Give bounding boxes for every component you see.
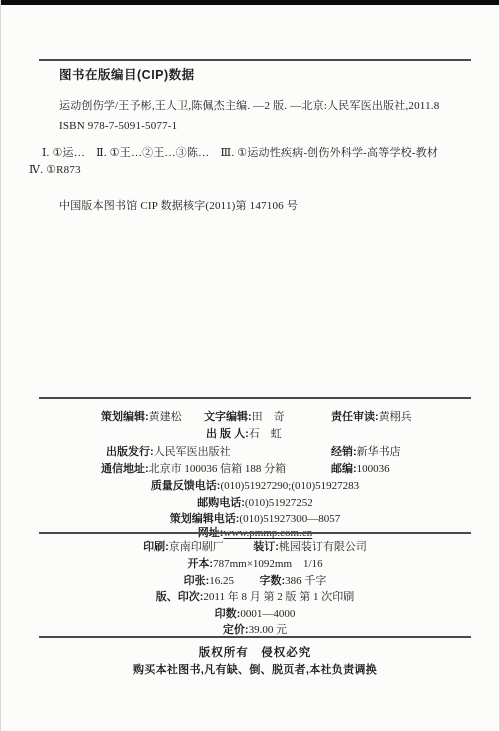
feedback-phone-value: (010)51927290;(010)51927283 xyxy=(220,480,359,492)
format: 开本:787mm×1092mm 1/16 xyxy=(39,558,471,571)
distributor-value: 新华书店 xyxy=(357,446,401,458)
edition-value: 2011 年 8 月 第 2 版 第 1 次印刷 xyxy=(203,591,354,603)
divider-top xyxy=(39,59,471,61)
postcode-label: 邮编: xyxy=(331,463,357,475)
word-count: 字数:386 千字 xyxy=(260,575,327,587)
divider-staff xyxy=(39,397,471,399)
duty-reviewer-value: 黄栩兵 xyxy=(379,411,412,423)
cip-isbn: ISBN 978-7-5091-5077-1 xyxy=(59,120,177,133)
word-count-label: 字数: xyxy=(260,575,286,587)
publisher-label: 出版发行: xyxy=(106,446,154,458)
print-run-label: 印数: xyxy=(215,608,241,620)
cip-class-line2: Ⅳ. ①R873 xyxy=(29,164,81,177)
plan-editor-phone-value: (010)51927300—8057 xyxy=(239,513,340,525)
address: 通信地址:北京市 100036 信箱 188 分箱 xyxy=(101,463,286,476)
text-editor: 文字编辑:田 奇 xyxy=(204,411,285,424)
duty-reviewer: 责任审读:黄栩兵 xyxy=(331,411,412,424)
postcode-value: 100036 xyxy=(357,463,390,475)
copyright-notice: 版权所有 侵权必究 xyxy=(39,647,471,660)
publisher-person-value: 石 虹 xyxy=(249,428,282,440)
mail-order-phone: 邮购电话:(010)51927252 xyxy=(39,497,471,510)
printer-value: 京南印刷厂 xyxy=(169,541,224,553)
plan-editor-phone: 策划编辑电话:(010)51927300—8057 xyxy=(39,513,471,526)
feedback-phone-label: 质量反馈电话: xyxy=(151,480,221,492)
edition-label: 版、印次: xyxy=(156,591,204,603)
binder-label: 装订: xyxy=(253,541,279,553)
publisher: 出版发行:人民军医出版社 xyxy=(106,446,231,459)
duty-reviewer-label: 责任审读: xyxy=(331,411,379,423)
plan-editor-phone-label: 策划编辑电话: xyxy=(170,513,240,525)
cip-class-line1: Ⅰ. ①运… Ⅱ. ①王…②王…③陈… Ⅲ. ①运动性疾病-创伤外科学-高等学校… xyxy=(42,147,438,160)
publisher-person: 出 版 人:石 虹 xyxy=(206,428,282,441)
address-label: 通信地址: xyxy=(101,463,149,475)
print-row-sheets-words: 印张:16.25 字数:386 千字 xyxy=(39,575,471,588)
price-label: 定价: xyxy=(223,624,249,636)
format-label: 开本: xyxy=(187,558,213,570)
binder: 装订:桃园装订有限公司 xyxy=(253,541,367,553)
cip-entry: 运动创伤学/王予彬,王人卫,陈佩杰主编. —2 版. —北京:人民军医出版社,2… xyxy=(59,100,439,113)
edition-impression: 版、印次:2011 年 8 月 第 2 版 第 1 次印刷 xyxy=(39,591,471,604)
publisher-person-label: 出 版 人: xyxy=(206,428,249,440)
exchange-notice: 购买本社图书,凡有缺、倒、脱页者,本社负责调换 xyxy=(39,664,471,677)
mail-order-phone-label: 邮购电话: xyxy=(197,497,245,509)
feedback-phone: 质量反馈电话:(010)51927290;(010)51927283 xyxy=(39,480,471,493)
plan-editor: 策划编辑:黄建松 xyxy=(101,411,182,424)
format-value: 787mm×1092mm 1/16 xyxy=(213,558,322,570)
divider-footer xyxy=(39,636,471,638)
distributor: 经销:新华书店 xyxy=(331,446,401,459)
distributor-label: 经销: xyxy=(331,446,357,458)
plan-editor-label: 策划编辑: xyxy=(101,411,149,423)
printer: 印刷:京南印刷厂 xyxy=(143,541,224,553)
binder-value: 桃园装订有限公司 xyxy=(279,541,367,553)
print-run-value: 0001—4000 xyxy=(240,608,295,620)
mail-order-phone-value: (010)51927252 xyxy=(245,497,313,509)
copyright-page: 图书在版编目(CIP)数据 运动创伤学/王予彬,王人卫,陈佩杰主编. —2 版.… xyxy=(0,0,500,731)
sheets: 印张:16.25 xyxy=(184,575,234,587)
publisher-value: 人民军医出版社 xyxy=(154,446,231,458)
cip-header: 图书在版编目(CIP)数据 xyxy=(59,69,195,82)
address-value: 北京市 100036 信箱 188 分箱 xyxy=(149,463,287,475)
printer-label: 印刷: xyxy=(143,541,169,553)
cip-record: 中国版本图书馆 CIP 数据核字(2011)第 147106 号 xyxy=(59,200,298,213)
price-value: 39.00 元 xyxy=(249,624,288,636)
print-run: 印数:0001—4000 xyxy=(39,608,471,621)
word-count-value: 386 千字 xyxy=(285,575,326,587)
divider-print xyxy=(39,532,471,534)
sheets-value: 16.25 xyxy=(209,575,234,587)
plan-editor-value: 黄建松 xyxy=(149,411,182,423)
scan-edge-top xyxy=(1,0,499,5)
sheets-label: 印张: xyxy=(184,575,210,587)
text-editor-label: 文字编辑: xyxy=(204,411,252,423)
print-row-printer-binder: 印刷:京南印刷厂 装订:桃园装订有限公司 xyxy=(39,541,471,554)
text-editor-value: 田 奇 xyxy=(252,411,285,423)
postcode: 邮编:100036 xyxy=(331,463,390,476)
